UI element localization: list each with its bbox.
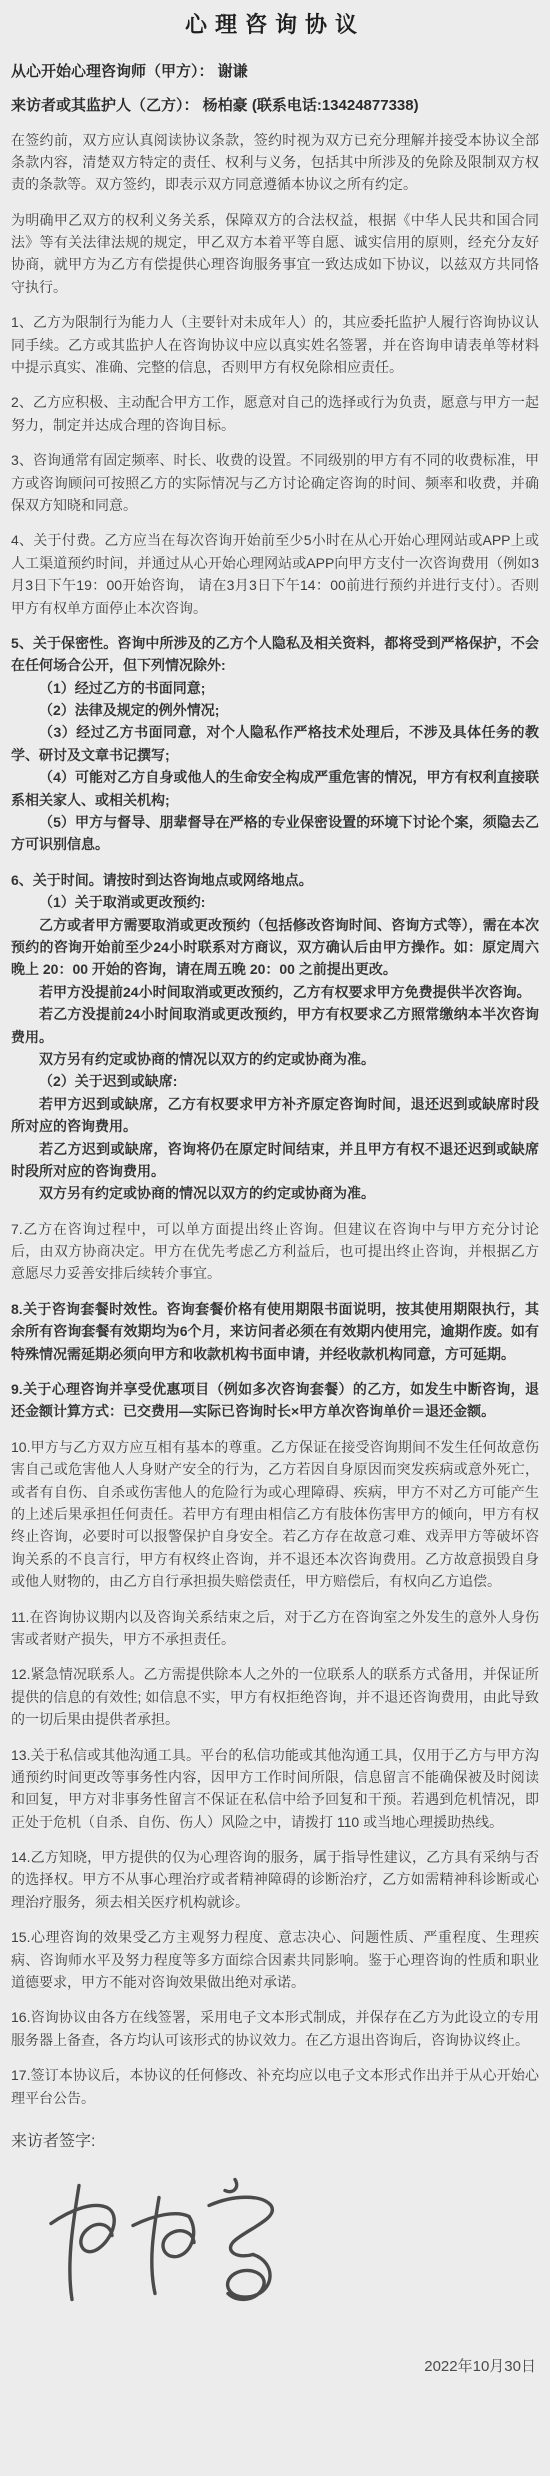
agreement-paragraph: 1、乙方为限制行为能力人（主要针对未成年人）的，其应委托监护人履行咨询协议认同手… xyxy=(11,311,539,378)
agreement-paragraph: 5、关于保密性。咨询中所涉及的乙方个人隐私及相关资料，都将受到严格保护，不会在任… xyxy=(11,632,539,677)
agreement-paragraph: 4、关于付费。乙方应当在每次咨询开始前至少5小时在从心开始心理网站或APP上或人… xyxy=(11,529,539,619)
signing-date: 2022年10月30日 xyxy=(11,2355,536,2376)
agreement-paragraph: 8.关于咨询套餐时效性。咨询套餐价格有使用期限书面说明，按其使用期限执行，其余所… xyxy=(11,1298,539,1365)
agreement-paragraph: 12.紧急情况联系人。乙方需提供除本人之外的一位联系人的联系方式备用，并保证所提… xyxy=(11,1663,539,1730)
agreement-paragraph: 3、咨询通常有固定频率、时长、收费的设置。不同级别的甲方有不同的收费标准，甲方或… xyxy=(11,449,539,516)
agreement-paragraph: 11.在咨询协议期内以及咨询关系结束之后，对于乙方在咨询室之外发生的意外人身伤害… xyxy=(11,1606,539,1651)
visitor-signature-label: 来访者签字: xyxy=(11,2131,539,2153)
party-b-line: 来访者或其监护人（乙方）： 杨柏豪 (联系电话:13424877338) xyxy=(11,95,539,117)
agreement-paragraph: （2）关于迟到或缺席: xyxy=(11,1070,539,1092)
agreement-paragraph: （5）甲方与督导、朋辈督导在严格的专业保密设置的环境下讨论个案，须隐去乙方可识别… xyxy=(11,811,539,856)
agreement-paragraph: 若甲方迟到或缺席，乙方有权要求甲方补齐原定咨询时间，退还迟到或缺席时段所对应的咨… xyxy=(11,1093,539,1138)
agreement-paragraph: （4）可能对乙方自身或他人的生命安全构成严重危害的情况，甲方有权利直接联系相关家… xyxy=(11,766,539,811)
agreement-paragraph: 6、关于时间。请按时到达咨询地点或网络地点。 xyxy=(11,869,539,891)
agreement-paragraph: （2）法律及规定的例外情况; xyxy=(11,699,539,721)
party-a-line: 从心开始心理咨询师（甲方）： 谢谦 xyxy=(11,61,539,83)
agreement-paragraph: 7.乙方在咨询过程中，可以单方面提出终止咨询。但建议在咨询中与甲方充分讨论后，由… xyxy=(11,1218,539,1285)
signature-ink-strokes xyxy=(39,2167,309,2337)
agreement-paragraph: （3）经过乙方书面同意，对个人隐私作严格技术处理后，不涉及具体任务的教学、研讨及… xyxy=(11,721,539,766)
agreement-paragraph: 为明确甲乙双方的权利义务关系，保障双方的合法权益，根据《中华人民共和国合同法》等… xyxy=(11,209,539,299)
agreement-paragraph: 9.关于心理咨询并享受优惠项目（例如多次咨询套餐）的乙方，如发生中断咨询，退还金… xyxy=(11,1378,539,1423)
agreement-paragraph: （1）经过乙方的书面同意; xyxy=(11,677,539,699)
agreement-paragraph: 双方另有约定或协商的情况以双方的约定或协商为准。 xyxy=(11,1048,539,1070)
agreement-paragraph: 2、乙方应积极、主动配合甲方工作，愿意对自己的选择或行为负责，愿意与甲方一起努力… xyxy=(11,391,539,436)
agreement-paragraph: 15.心理咨询的效果受乙方主观努力程度、意志决心、问题性质、严重程度、生理疾病、… xyxy=(11,1926,539,1993)
agreement-paragraph: 若乙方迟到或缺席，咨询将仍在原定时间结束，并且甲方有权不退还迟到或缺席时段所对应… xyxy=(11,1138,539,1183)
agreement-body: 在签约前，双方应认真阅读协议条款，签约时视为双方已充分理解并接受本协议全部条款内… xyxy=(11,129,539,2109)
agreement-paragraph: 16.咨询协议由各方在线签署，采用电子文本形式制成，并保存在乙方为此设立的专用服… xyxy=(11,2006,539,2051)
agreement-paragraph: （1）关于取消或更改预约: xyxy=(11,891,539,913)
agreement-paragraph: 14.乙方知晓，甲方提供的仅为心理咨询的服务，属于指导性建议，乙方具有采纳与否的… xyxy=(11,1846,539,1913)
agreement-paragraph: 在签约前，双方应认真阅读协议条款，签约时视为双方已充分理解并接受本协议全部条款内… xyxy=(11,129,539,196)
agreement-paragraph: 若乙方没提前24小时间取消或更改预约，甲方有权要求乙方照常缴纳本半次咨询费用。 xyxy=(11,1003,539,1048)
agreement-paragraph: 10.甲方与乙方双方应互相有基本的尊重。乙方保证在接受咨询期间不发生任何故意伤害… xyxy=(11,1436,539,1593)
agreement-paragraph: 13.关于私信或其他沟通工具。平台的私信功能或其他沟通工具，仅用于乙方与甲方沟通… xyxy=(11,1744,539,1834)
agreement-paragraph: 17.签订本协议后，本协议的任何修改、补充均应以电子文本形式作出并于从心开始心理… xyxy=(11,2064,539,2109)
agreement-document: 心理咨询协议 从心开始心理咨询师（甲方）： 谢谦 来访者或其监护人（乙方）： 杨… xyxy=(0,0,550,2476)
agreement-paragraph: 双方另有约定或协商的情况以双方的约定或协商为准。 xyxy=(11,1182,539,1204)
visitor-signature-image xyxy=(39,2167,309,2337)
agreement-paragraph: 乙方或者甲方需要取消或更改预约（包括修改咨询时间、咨询方式等），需在本次预约的咨… xyxy=(11,914,539,981)
page-title: 心理咨询协议 xyxy=(11,6,539,39)
agreement-paragraph: 若甲方没提前24小时间取消或更改预约，乙方有权要求甲方免费提供半次咨询。 xyxy=(11,981,539,1003)
